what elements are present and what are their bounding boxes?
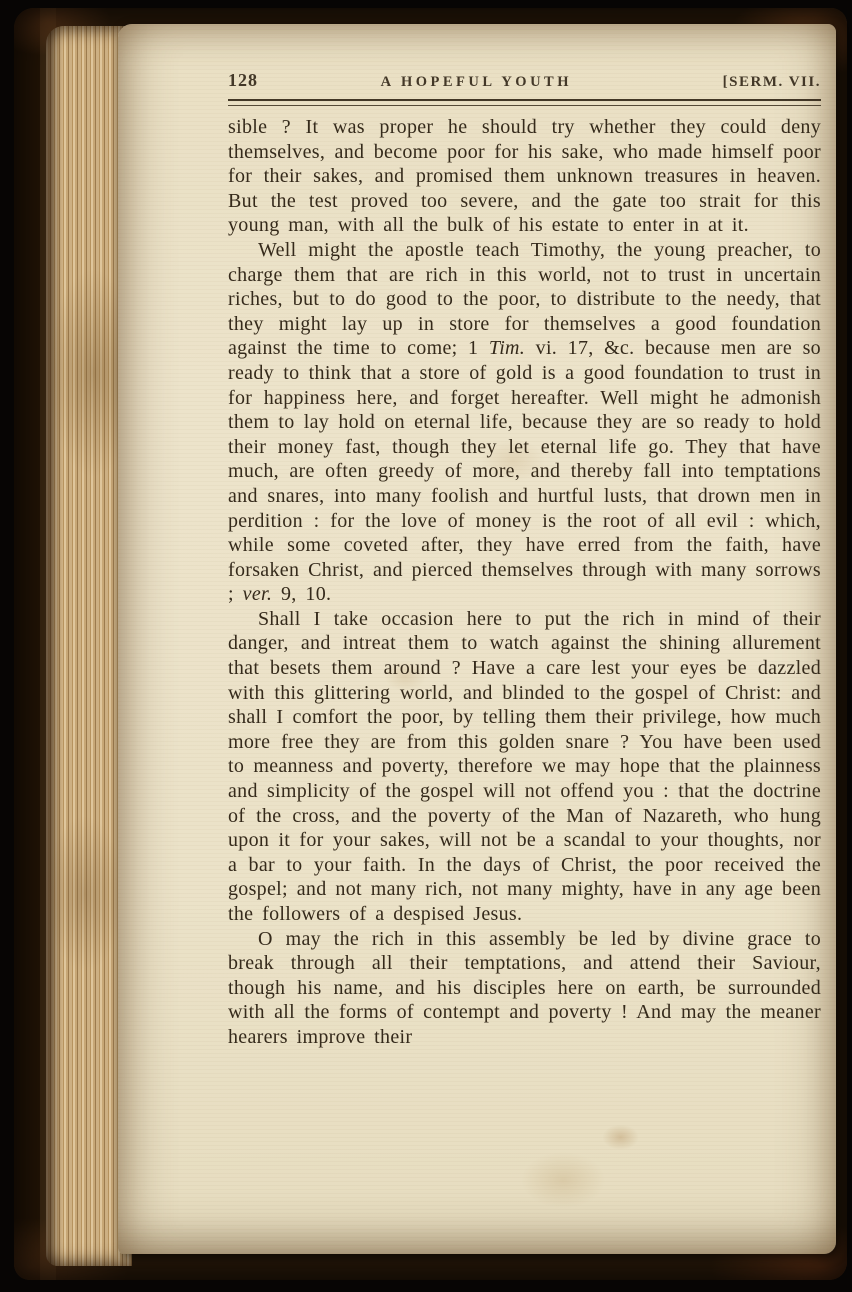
paragraph: Well might the apostle teach Timothy, th… <box>228 238 821 607</box>
paragraph-text: vi. 17, &c. because men are so ready to … <box>228 337 821 605</box>
sermon-label: [SERM. VII. <box>723 74 821 91</box>
book-page: 128 A HOPEFUL YOUTH [SERM. VII. sible ? … <box>118 24 836 1254</box>
page-body-text: sible ? It was proper he should try whet… <box>228 115 821 1050</box>
scripture-reference: ver. <box>243 583 273 605</box>
page-number: 128 <box>228 70 258 91</box>
paragraph-text: sible ? It was proper he should try whet… <box>228 116 821 236</box>
running-title: A HOPEFUL YOUTH <box>381 74 572 91</box>
scripture-reference: Tim. <box>489 337 525 359</box>
paragraph: sible ? It was proper he should try whet… <box>228 115 821 238</box>
paragraph: Shall I take occasion here to put the ri… <box>228 607 821 927</box>
book-photo-background: 128 A HOPEFUL YOUTH [SERM. VII. sible ? … <box>0 0 852 1292</box>
running-head: 128 A HOPEFUL YOUTH [SERM. VII. <box>228 70 821 91</box>
header-double-rule <box>228 99 821 106</box>
paragraph-text: O may the rich in this assembly be led b… <box>228 928 821 1048</box>
paragraph-text: 9, 10. <box>272 583 331 605</box>
paragraph: O may the rich in this assembly be led b… <box>228 927 821 1050</box>
paragraph-text: Shall I take occasion here to put the ri… <box>228 608 821 925</box>
page-content: 128 A HOPEFUL YOUTH [SERM. VII. sible ? … <box>118 24 836 1254</box>
